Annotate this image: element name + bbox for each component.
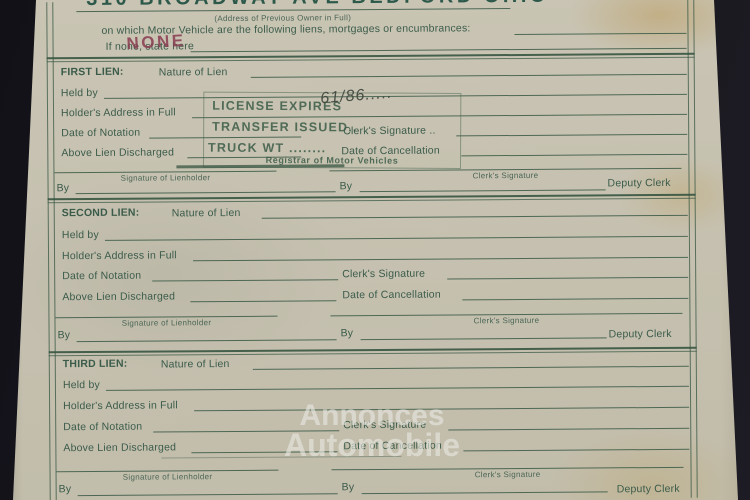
- ruled-line: [262, 215, 688, 219]
- ruled-line: [193, 257, 688, 261]
- label-signature-of-lienholder: Signature of Lienholder: [54, 173, 276, 184]
- field-label-nature-of-lien: Nature of Lien: [161, 358, 230, 370]
- handwritten-license-expiry: 61/86.....: [320, 84, 393, 108]
- field-label-date-of-notation: Date of Notation: [62, 270, 141, 283]
- field-label-date-of-notation: Date of Notation: [63, 421, 142, 434]
- field-label-clerks-signature: Clerk's Signature: [342, 268, 425, 281]
- ruled-line: [462, 298, 688, 301]
- ruled-line: [190, 300, 336, 302]
- left-border-inner: [52, 2, 57, 500]
- watermark-line2: Automobile: [222, 427, 522, 464]
- right-border-inner: [687, 0, 692, 498]
- ruled-line: [456, 134, 687, 137]
- deputy-clerk-label: Deputy Clerk: [607, 177, 670, 189]
- none-stamp: NONE: [126, 31, 186, 54]
- ruled-line: [362, 491, 608, 494]
- stamp-truck-wt: TRUCK WT ........: [208, 141, 326, 156]
- ruled-line: [105, 236, 688, 241]
- right-border-outer: [693, 0, 698, 498]
- ruled-line: [78, 493, 338, 496]
- left-border-outer: [46, 2, 51, 500]
- by-label: By: [59, 483, 72, 495]
- by-label: By: [57, 182, 70, 194]
- ruled-line: [461, 154, 687, 157]
- section-title: FIRST LIEN:: [61, 66, 124, 78]
- ruled-line: [76, 191, 336, 194]
- field-label-date-of-notation: Date of Notation: [61, 127, 140, 140]
- field-label-nature-of-lien: Nature of Lien: [159, 66, 228, 78]
- ruled-line: [191, 48, 687, 52]
- field-label-date-of-cancellation: Date of Cancellation: [342, 289, 441, 302]
- ruled-line: [361, 337, 607, 340]
- ruled-line: [447, 277, 688, 280]
- deputy-clerk-label: Deputy Clerk: [617, 483, 680, 495]
- field-label-nature-of-lien: Nature of Lien: [172, 207, 241, 219]
- ruled-line: [251, 74, 687, 78]
- label-clerks-signature: Clerk's Signature: [332, 469, 684, 480]
- field-label-above-lien-discharged: Above Lien Discharged: [61, 146, 174, 159]
- field-label-holders-address: Holder's Address in Full: [61, 106, 176, 119]
- by-label: By: [58, 329, 71, 341]
- ruled-line: [152, 279, 338, 281]
- by-label: By: [341, 327, 354, 339]
- by-label: By: [340, 180, 353, 192]
- field-label-above-lien-discharged: Above Lien Discharged: [63, 441, 176, 454]
- label-clerks-signature: Clerk's Signature: [330, 315, 682, 326]
- by-label: By: [342, 481, 355, 493]
- ruled-line: [106, 386, 689, 391]
- deputy-clerk-label: Deputy Clerk: [609, 328, 672, 340]
- label-signature-of-lienholder: Signature of Lienholder: [57, 472, 279, 483]
- ruled-line: [77, 339, 337, 342]
- ruled-line: [514, 33, 686, 35]
- stamp-transfer-issued: TRANSFER ISSUED..: [212, 120, 357, 135]
- field-label-held-by: Held by: [63, 379, 100, 391]
- field-label-holders-address: Holder's Address in Full: [63, 399, 178, 412]
- ruled-line: [253, 366, 689, 370]
- section-title: SECOND LIEN:: [62, 207, 140, 220]
- field-label-above-lien-discharged: Above Lien Discharged: [62, 290, 175, 303]
- ruled-line: [360, 189, 606, 192]
- address-caption: (Address of Previous Owner in Full): [214, 13, 351, 23]
- field-label-held-by: Held by: [62, 229, 99, 241]
- field-label-holders-address: Holder's Address in Full: [62, 249, 177, 262]
- section-title: THIRD LIEN:: [63, 358, 128, 370]
- label-signature-of-lienholder: Signature of Lienholder: [55, 318, 277, 329]
- field-label-held-by: Held by: [61, 87, 98, 99]
- rubber-stamp-box: LICENSE EXPIRES TRANSFER ISSUED.. TRUCK …: [203, 92, 461, 169]
